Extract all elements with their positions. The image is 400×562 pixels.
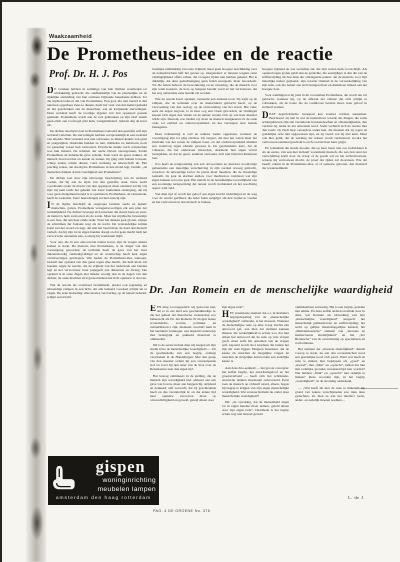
- binding-shadow: [26, 28, 46, 562]
- drop-cap: D: [262, 112, 269, 119]
- kicker-label: Waakzaamheid: [49, 34, 92, 42]
- body-paragraph: Van dien tijd af wordt het geloof aan ei…: [152, 192, 257, 204]
- gispen-brand: gispen: [84, 457, 157, 477]
- body-paragraph: HET essentieele element dat o.i. in Rome…: [222, 311, 289, 363]
- body-paragraph: De dichter Aischylos laat in Prometheus …: [47, 129, 147, 173]
- body-paragraph: DE Grieken hebben in sommige van hun myt…: [47, 87, 147, 127]
- body-paragraph: Wie de reactie hoort spreken, verneemt e…: [152, 97, 257, 129]
- article1-column-1: DE Grieken hebben in sommige van hun myt…: [47, 87, 147, 450]
- body-paragraph: En romantiek die steeds droomt, die op h…: [262, 146, 367, 170]
- gispen-line-woninginrichting: woninginrichting: [84, 477, 156, 484]
- body-paragraph: zijn eigen rede”.: [222, 305, 289, 309]
- body-paragraph: Voor ons, die in een onttooverde natuur …: [47, 240, 147, 280]
- article1-column-2: lastelijke uitdrukking van onze vrijheid…: [152, 67, 257, 281]
- drop-cap: I: [47, 202, 51, 209]
- article2-column-2: zijn eigen rede”.HET essentieele element…: [222, 305, 289, 505]
- body-paragraph: Het betoog culmineert in de stelling, da…: [150, 374, 216, 402]
- gispen-ad: gispen woninginrichting meubelen lampen …: [48, 456, 159, 505]
- body-paragraph: lastelijke uitdrukking van onze vrijheid…: [152, 67, 257, 95]
- body-paragraph: hoogere bijstand de wet vervullen zal, d…: [262, 67, 367, 91]
- gispen-cities-line: amsterdam den haag rotterdam: [48, 496, 159, 501]
- drop-cap: D: [47, 87, 54, 94]
- drop-cap: E: [150, 305, 157, 312]
- scan-border-top: [0, 0, 400, 2]
- gispen-line-meubelen-lampen: meubelen lampen: [84, 486, 156, 493]
- body-paragraph: Dit is de eerste indruk dien wij kregen …: [150, 343, 216, 371]
- article2-column-3: onmiskenbaar aanwezig. Het is een begrip…: [295, 305, 365, 493]
- scan-border-left: [0, 0, 2, 562]
- body-paragraph: DEZE negativistische tweespalt kan veler…: [262, 112, 367, 144]
- body-paragraph: IN de mythe beschrijft de ongerepte fant…: [47, 202, 147, 238]
- article2-title: Dr. Jan Romein en de menschelijke waardi…: [149, 284, 369, 296]
- body-paragraph: Aan deze drie-eenheid — het groote conce…: [222, 366, 289, 398]
- body-paragraph: Dit: „de opvatting, dat de menschheid ei…: [222, 400, 289, 416]
- author-name: Prof. Dr. H. J. Pos: [49, 69, 128, 80]
- article-signature: L. de J.: [295, 495, 365, 500]
- body-paragraph: — „Wat heeft dit met de rede te maken?” …: [295, 386, 365, 402]
- body-paragraph: Zoo heeft de terugwerking van een onvoor…: [152, 162, 257, 190]
- page-footer: PAG. 4 DE GROENE No. 376: [153, 509, 210, 513]
- body-paragraph: Voor sommigen is hij juist in dit voorne…: [262, 93, 367, 109]
- body-paragraph: Deze redeneering is oud en telkens weder…: [152, 132, 257, 160]
- body-paragraph: Wat de reactie als overmoed brandmerkt, …: [47, 283, 147, 299]
- body-paragraph: De dichter laat door zijn uitvoerige bes…: [47, 176, 147, 200]
- drop-cap: H: [222, 311, 230, 318]
- page-title: De Prometheus-idee en de reactie: [47, 44, 367, 66]
- article2-column-1: EEN ding vooropgesteld: wij gelooven nie…: [150, 305, 216, 505]
- body-paragraph: EEN ding vooropgesteld: wij gelooven nie…: [150, 305, 216, 341]
- gispen-chair-icon: [51, 463, 81, 493]
- article1-column-3: hoogere bijstand de wet vervullen zal, d…: [262, 67, 367, 281]
- body-paragraph: Het element der „moreele zindelijkheid” …: [295, 347, 365, 383]
- body-paragraph: onmiskenbaar aanwezig. Het is een begrip…: [295, 305, 365, 345]
